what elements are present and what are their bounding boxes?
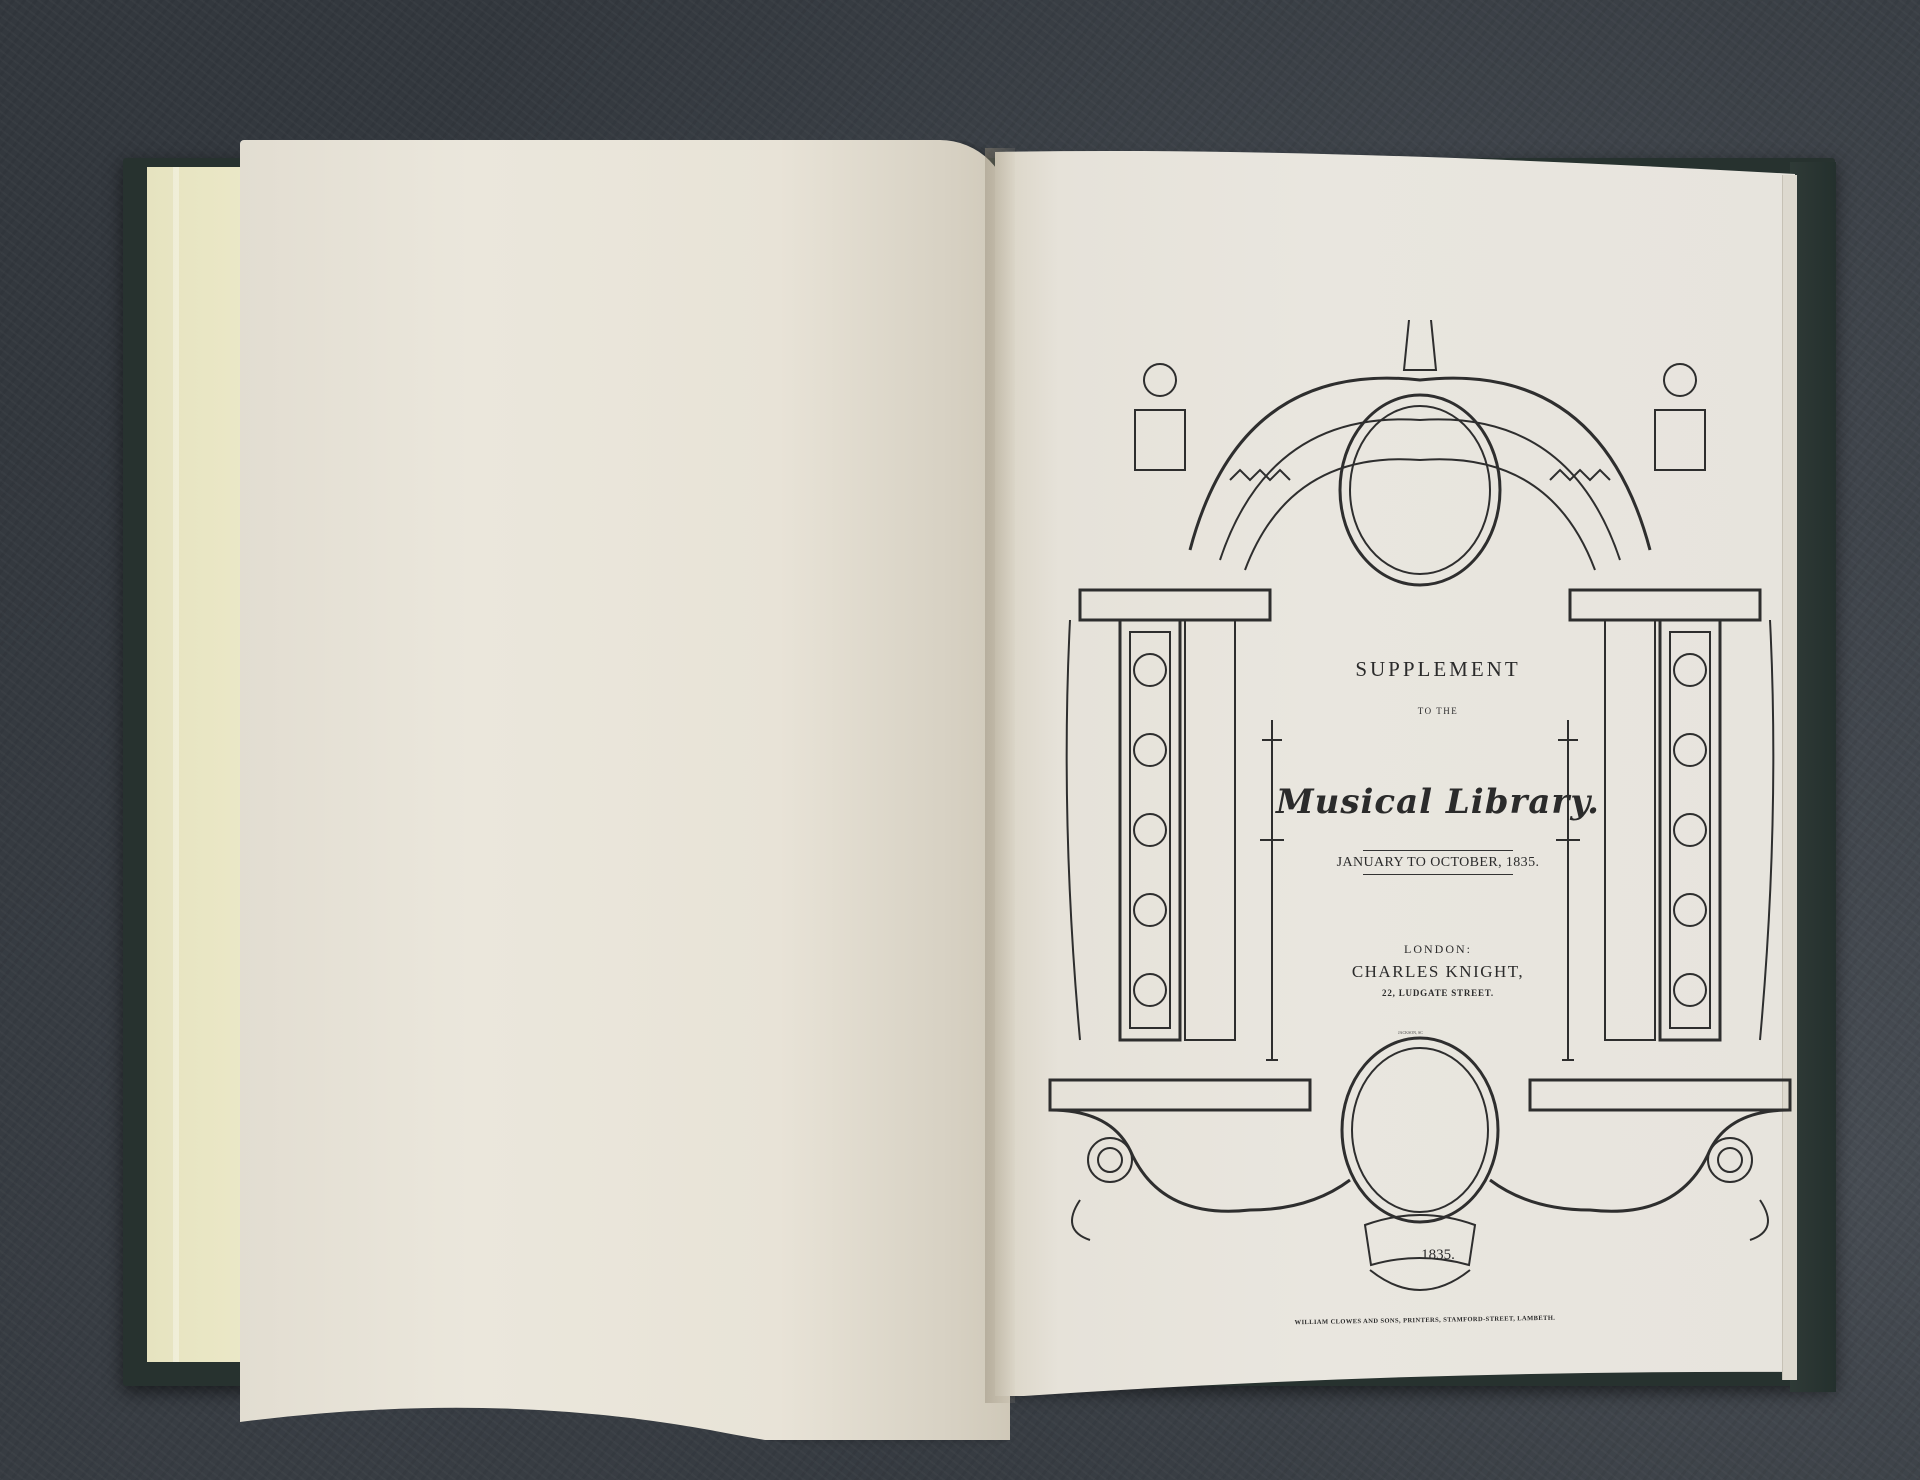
- date-range: JANUARY TO OCTOBER, 1835.: [1238, 855, 1638, 871]
- cartouche-year: 1835.: [1238, 1247, 1638, 1264]
- imprint-city: LONDON:: [1238, 942, 1638, 957]
- title-heading: SUPPLEMENT: [1238, 657, 1638, 682]
- title-rule-bottom: [1363, 874, 1513, 875]
- title-rule-top: [1363, 850, 1513, 851]
- book-title: Musical Library.: [1238, 782, 1638, 822]
- title-connector: TO THE: [1238, 706, 1638, 716]
- imprint-publisher: CHARLES KNIGHT,: [1238, 962, 1638, 982]
- pastedown-hinge: [173, 167, 179, 1362]
- book-gutter-shadow: [985, 148, 1015, 1403]
- engraver-credit: JACKSON, SC: [1398, 1030, 1423, 1035]
- imprint-address: 22, LUDGATE STREET.: [1238, 988, 1638, 998]
- blank-flyleaf-page[interactable]: [240, 140, 1010, 1440]
